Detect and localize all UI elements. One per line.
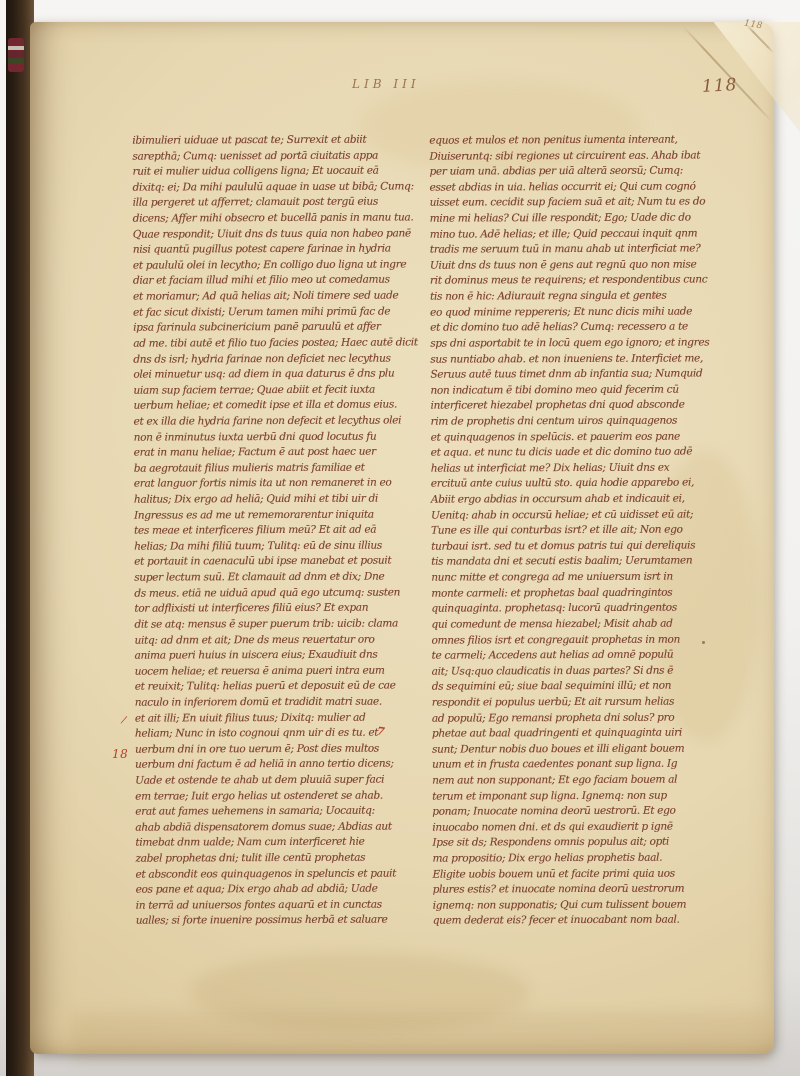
text-line: dit se atq: mensus ē super puerum trib: … xyxy=(134,616,430,633)
text-line: ercituū ante cuius uultū sto. quia hodie… xyxy=(431,476,727,493)
text-line: et ait illi; En uiuit filius tuus; Dixit… xyxy=(135,710,431,727)
text-line: Uiuit dns ds tuus non ē gens aut regnū q… xyxy=(430,257,726,274)
manuscript-photo: 118 LIB III 118 ibimulieri uiduae ut pas… xyxy=(0,0,800,1076)
text-line: quinquaginta. prophetasq: lucorū quadrin… xyxy=(431,601,727,618)
text-line: super lectum suū. Et clamauit ad dnm et … xyxy=(134,569,430,586)
text-line: helias ut interficiat me? Dix helias; Ui… xyxy=(431,460,727,477)
text-line: erat aut fames uehemens in samaria; Uoca… xyxy=(135,804,431,821)
text-line: turbaui isrt. sed tu et domus patris tui… xyxy=(431,538,727,555)
text-line: Diuiseruntq: sibi regiones ut circuirent… xyxy=(429,148,725,165)
text-line: Quae respondit; Uiuit dns ds tuus quia n… xyxy=(133,226,429,243)
page-number: 118 xyxy=(702,75,738,97)
text-line: nisi quantū pugillus potest capere farin… xyxy=(133,242,429,259)
text-line: erat in manu heliae; Factum ē aut post h… xyxy=(134,445,430,462)
text-line: et fac sicut dixisti; Uerum tamen mihi p… xyxy=(133,304,429,321)
text-line: erat languor fortis nimis ita ut non rem… xyxy=(134,476,430,493)
text-line: tis non ē hic: Adiurauit regna singula e… xyxy=(430,288,726,305)
text-line: ruit ei mulier uidua colligens ligna; Et… xyxy=(132,164,428,181)
text-line: em terrae; Iuit ergo helias ut ostendere… xyxy=(135,788,431,805)
text-line: mino tuo. Adē helias; et ille; Quid pecc… xyxy=(430,226,726,243)
text-line: eo quod minime reppereris; Et nunc dicis… xyxy=(430,304,726,321)
text-line: halitus; Dix ergo ad heliā; Quid mihi et… xyxy=(134,491,430,508)
text-line: ds sequimini eū; siue baal sequimini ill… xyxy=(432,679,728,696)
text-line: mine mi helias? Cui ille respondit; Ego;… xyxy=(430,210,726,227)
text-line: Seruus autē tuus timet dnm ab infantia s… xyxy=(430,366,726,383)
text-line: diar et faciam illud mihi et filio meo u… xyxy=(133,273,429,290)
ink-speck xyxy=(338,575,340,577)
text-line: nunc mitte et congrega ad me uniuersum i… xyxy=(431,569,727,586)
text-line: uerbum dni in ore tuo uerum ē; Post dies… xyxy=(135,741,431,758)
text-line: Ingressus es ad me ut rememorarentur ini… xyxy=(134,507,430,524)
text-line: phetae aut baal quadringenti et quinquag… xyxy=(432,726,728,743)
text-line: uerbum dni factum ē ad heliā in anno ter… xyxy=(135,757,431,774)
text-line: timebat dnm ualde; Nam cum interficeret … xyxy=(135,835,431,852)
text-line: Tune es ille qui conturbas isrt? et ille… xyxy=(431,523,727,540)
manuscript-page: 118 LIB III 118 ibimulieri uiduae ut pas… xyxy=(30,22,774,1054)
text-line: ignemq: non supponatis; Qui cum tulissen… xyxy=(433,897,729,914)
text-line: uitq: ad dnm et ait; Dne ds meus reuerta… xyxy=(134,632,430,649)
text-line: naculo in inferiorem domū et tradidit ma… xyxy=(135,694,431,711)
headband xyxy=(8,38,24,72)
text-line: uocem heliae; et reuersa ē anima pueri i… xyxy=(135,663,431,680)
parchment-stain xyxy=(70,1012,770,1062)
text-line: Uenitq: ahab in occursū heliae; et cū ui… xyxy=(431,507,727,524)
text-line: interficeret hiezabel prophetas dni quod… xyxy=(430,398,726,415)
text-line: ma propositio; Dix ergo helias prophetis… xyxy=(432,850,728,867)
text-line: monte carmeli: et prophetas baal quadrin… xyxy=(431,585,727,602)
text-line: inuocabo nomen dni. et ds qui exaudierit… xyxy=(432,819,728,836)
text-line: esset abdias in uia. helias occurrit ei;… xyxy=(429,179,725,196)
text-line: anima pueri huius in uiscera eius; Exaud… xyxy=(135,647,431,664)
text-line: helias; Da mihi filiū tuum; Tulitq: eū d… xyxy=(134,538,430,555)
margin-tick-mark: / xyxy=(121,715,127,726)
text-line: ipsa farinula subcinericium panē paruulū… xyxy=(133,320,429,337)
parchment-stain xyxy=(190,952,530,1032)
text-line: nem aut non supponant; Et ego faciam bou… xyxy=(432,772,728,789)
text-line: plures estis? et inuocate nomina deorū u… xyxy=(433,882,729,899)
text-line: omnes filios isrt et congregauit prophet… xyxy=(431,632,727,649)
text-line: et portauit in caenaculū ubi ipse maneba… xyxy=(134,554,430,571)
text-line: et dic domino tuo adē helias? Cumq: rece… xyxy=(430,320,726,337)
text-line: et ex illa die hydria farine non defecit… xyxy=(133,413,429,430)
text-line: Uade et ostende te ahab ut dem pluuiā su… xyxy=(135,772,431,789)
text-line: ibimulieri uiduae ut pascat te; Surrexit… xyxy=(132,132,428,149)
text-line: olei minuetur usq: ad diem in qua daturu… xyxy=(133,366,429,383)
text-line: unum et in frusta caedentes ponant sup l… xyxy=(432,757,728,774)
chapter-number-mark: 18 xyxy=(112,747,128,761)
text-line: zabel prophetas dni; tulit ille centū pr… xyxy=(135,850,431,867)
text-line: et reuixit; Tulitq: helias puerū et depo… xyxy=(135,679,431,696)
text-line: ds meus. etiā ne uiduā apud quā ego utcu… xyxy=(134,585,430,602)
text-line: eos pane et aqua; Dix ergo ahab ad abdiā… xyxy=(136,882,432,899)
text-line: uiam sup faciem terrae; Quae abiit et fe… xyxy=(133,382,429,399)
text-line: ba aegrotauit filius mulieris matris fam… xyxy=(134,460,430,477)
text-line: tes meae et interficeres filium meū? Et … xyxy=(134,523,430,540)
text-line: Ipse sit ds; Respondens omnis populus ai… xyxy=(432,835,728,852)
text-line: Eligite uobis bouem unū et facite primi … xyxy=(432,866,728,883)
text-line: sarepthā; Cumq: uenisset ad portā ciuita… xyxy=(132,148,428,165)
text-line: rim de prophetis dni centum uiros quinqu… xyxy=(430,413,726,430)
text-line: sunt; Dentur nobis duo boues et illi eli… xyxy=(432,741,728,758)
ink-speck xyxy=(702,641,705,644)
correction-mark: si xyxy=(652,290,659,299)
running-header: LIB III xyxy=(352,77,420,91)
text-line: quem dederat eis? fecer et inuocabant no… xyxy=(433,913,729,930)
text-line: et moriamur; Ad quā helias ait; Noli tim… xyxy=(133,288,429,305)
text-line: dns ds isrl; hydria farinae non deficiet… xyxy=(133,351,429,368)
text-line: non ē inminutus iuxta uerbū dni quod loc… xyxy=(134,429,430,446)
text-line: sps dni asportabit te in locū quem ego i… xyxy=(430,335,726,352)
text-line: illa pergeret ut afferret; clamauit post… xyxy=(133,195,429,212)
text-line: ponam; Inuocate nomina deorū uestrorū. E… xyxy=(432,804,728,821)
text-line: tor adflixisti ut interficeres filiū eiu… xyxy=(134,601,430,618)
text-line: uisset eum. cecidit sup faciem suā et ai… xyxy=(430,195,726,212)
text-column-right: equos et mulos et non penitus iumenta in… xyxy=(429,132,728,929)
text-line: equos et mulos et non penitus iumenta in… xyxy=(429,132,725,149)
text-line: tradis me seruum tuū in manu ahab ut int… xyxy=(430,242,726,259)
text-line: non indicatum ē tibi domino meo quid fec… xyxy=(430,382,726,399)
text-line: ualles; si forte inuenire possimus herbā… xyxy=(136,913,432,930)
text-line: Abiit ergo abdias in occursum ahab et in… xyxy=(431,491,727,508)
text-line: rit dominus meus te requirens; et respon… xyxy=(430,273,726,290)
text-line: per uiam unā. abdias per uiā alterā seor… xyxy=(429,164,725,181)
text-line: ait; Usq:quo claudicatis in duas partes?… xyxy=(432,663,728,680)
text-line: tis mandata dni et secuti estis baalim; … xyxy=(431,554,727,571)
text-line: et paululū olei in lecytho; En colligo d… xyxy=(133,257,429,274)
text-line: heliam; Nunc in isto cognoui qnm uir di … xyxy=(135,726,431,743)
text-line: ad populū; Ego remansi propheta dni solu… xyxy=(432,710,728,727)
ink-speck xyxy=(590,218,592,220)
text-line: terum et imponant sup ligna. Ignemq: non… xyxy=(432,788,728,805)
text-line: ad me. tibi autē et filio tuo facies pos… xyxy=(133,335,429,352)
text-line: et aqua. et nunc tu dicis uade et dic do… xyxy=(431,445,727,462)
text-line: dicens; Affer mihi obsecro et bucellā pa… xyxy=(133,210,429,227)
text-line: ahab abdiā dispensatorem domus suae; Abd… xyxy=(135,819,431,836)
text-line: in terrā ad uniuersos fontes aquarū et i… xyxy=(136,897,432,914)
text-line: qui comedunt de mensa hiezabel; Misit ah… xyxy=(431,616,727,633)
paragraph-mark: 7 xyxy=(376,725,385,739)
text-line: et quinquagenos in spelūcis. et pauerim … xyxy=(431,429,727,446)
text-line: respondit ei populus uerbū; Et ait rursu… xyxy=(432,694,728,711)
text-line: uerbum heliae; et comedit ipse et illa e… xyxy=(133,398,429,415)
text-line: dixitq: ei; Da mihi paululū aquae in uas… xyxy=(132,179,428,196)
text-line: te carmeli; Accedens aut helias ad omnē … xyxy=(432,647,728,664)
text-column-left: ibimulieri uiduae ut pascat te; Surrexit… xyxy=(132,132,431,929)
text-line: sus nuntiabo ahab. et non inueniens te. … xyxy=(430,351,726,368)
text-line: et abscondit eos quinquagenos in spelunc… xyxy=(135,866,431,883)
